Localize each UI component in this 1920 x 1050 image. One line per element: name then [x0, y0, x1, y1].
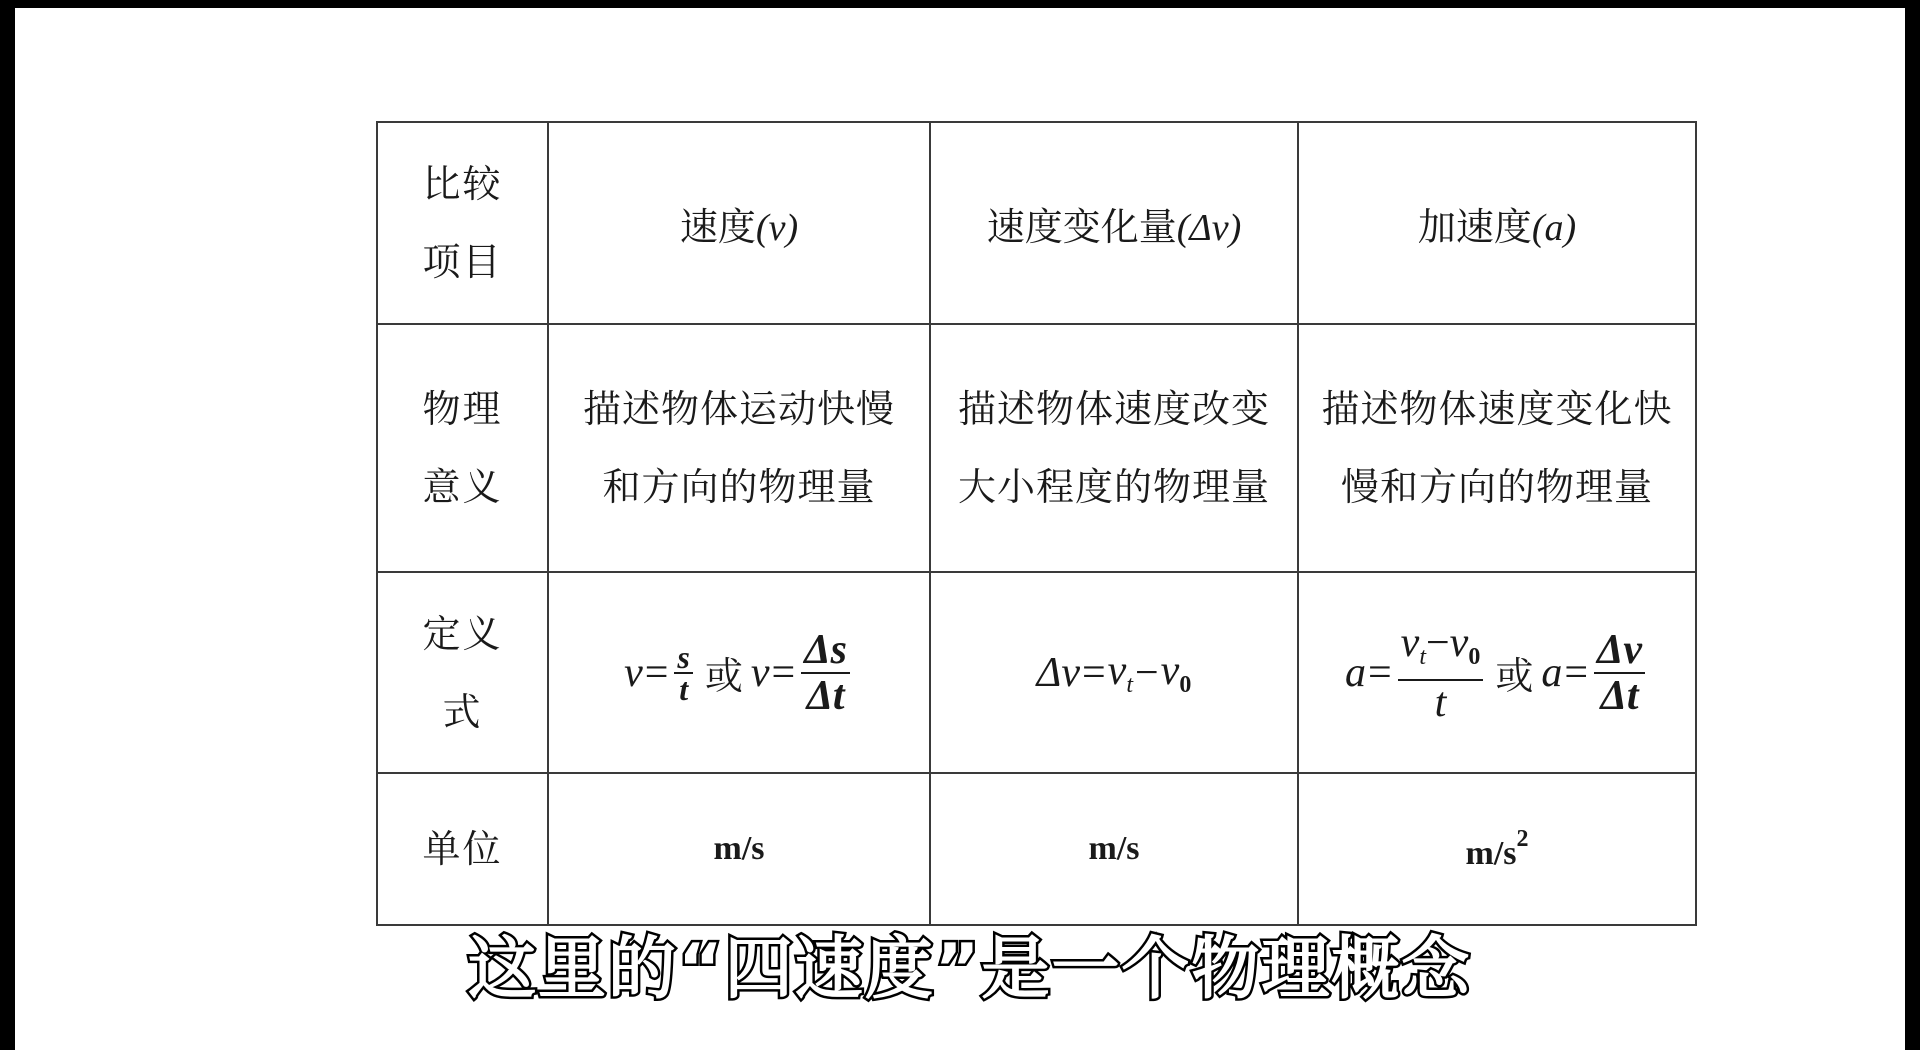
cell-line: 描述物体速度变化快: [1299, 370, 1695, 448]
paren-close: ): [785, 207, 798, 249]
subscript: 0: [1179, 672, 1191, 698]
minus-sign: −: [1135, 649, 1159, 697]
cell-unit-velocity-change: m/s: [930, 773, 1298, 925]
cell-formula-velocity-change: Δv = vt − v0: [930, 572, 1298, 773]
subscript: 0: [1468, 644, 1480, 670]
paren-open: (: [1532, 207, 1545, 249]
header-velocity-change: 速度变化量(Δv): [930, 122, 1298, 324]
formula-symbol: v: [624, 649, 643, 697]
unit-text: m/s: [714, 830, 765, 867]
row-label-line: 单位: [378, 810, 547, 888]
term-symbol: v: [1161, 648, 1180, 694]
header-acceleration: 加速度(a): [1298, 122, 1696, 324]
cell-line: 描述物体运动快慢: [549, 370, 929, 448]
paren-close: ): [1229, 207, 1242, 249]
numerator: s: [674, 642, 692, 674]
row-label-line: 物理: [378, 370, 547, 448]
denominator: Δt: [807, 674, 845, 718]
numerator: vt−v0: [1398, 621, 1484, 681]
cell-formula-velocity: v = s t 或 v = Δs Δt: [548, 572, 930, 773]
subscript: t: [1126, 672, 1133, 698]
cell-unit-velocity: m/s: [548, 773, 930, 925]
denominator: t: [679, 674, 688, 704]
numerator: Δv: [1594, 628, 1645, 674]
row-label-unit: 单位: [377, 773, 548, 925]
or-word: 或: [1495, 645, 1533, 700]
fraction: vt−v0 t: [1398, 621, 1484, 725]
fraction: Δv Δt: [1594, 628, 1645, 718]
table-row-physical-meaning: 物理 意义 描述物体运动快慢 和方向的物理量 描述物体速度改变 大小程度的物理量…: [377, 324, 1696, 572]
formula-symbol: a: [1345, 649, 1366, 697]
unit-text: m/s: [1466, 835, 1517, 872]
header-symbol: a: [1545, 207, 1564, 249]
cell-unit-acceleration: m/s2: [1298, 773, 1696, 925]
denominator: Δt: [1601, 674, 1639, 718]
numerator: Δs: [801, 628, 850, 674]
comparison-table: 比较 项目 速度(v) 速度变化量(Δv) 加速度(a) 物理 意义 描述物体运…: [376, 121, 1697, 926]
paren-open: (: [1177, 207, 1190, 249]
row-label-line: 项目: [378, 223, 547, 301]
cell-meaning-acceleration: 描述物体速度变化快 慢和方向的物理量: [1298, 324, 1696, 572]
denominator: t: [1435, 681, 1447, 725]
cell-line: 大小程度的物理量: [931, 448, 1297, 526]
row-label-line: 定义: [378, 595, 547, 673]
equals-sign: =: [645, 649, 669, 697]
cell-line: 描述物体速度改变: [931, 370, 1297, 448]
equals-sign: =: [1082, 649, 1106, 697]
term-symbol: v: [1108, 648, 1127, 694]
formula-velocity: v = s t 或 v = Δs Δt: [624, 628, 854, 718]
superscript: 2: [1517, 826, 1529, 852]
fraction: s t: [674, 642, 692, 704]
cell-meaning-velocity-change: 描述物体速度改变 大小程度的物理量: [930, 324, 1298, 572]
formula-symbol: a: [1541, 649, 1562, 697]
video-subtitle: 这里的“四速度”是一个物理概念: [468, 915, 1471, 1012]
header-symbol: Δv: [1189, 207, 1228, 249]
row-label-line: 意义: [378, 448, 547, 526]
fraction: Δs Δt: [801, 628, 850, 718]
cell-meaning-velocity: 描述物体运动快慢 和方向的物理量: [548, 324, 930, 572]
equals-sign: =: [1564, 649, 1588, 697]
formula-acceleration: a = vt−v0 t 或 a = Δv Δt: [1345, 621, 1649, 725]
subscript: t: [1419, 644, 1426, 670]
header-label: 加速度: [1418, 205, 1532, 249]
or-word: 或: [705, 645, 743, 700]
table-row-definition: 定义 式 v = s t 或 v = Δs Δt Δv: [377, 572, 1696, 773]
paren-open: (: [756, 207, 769, 249]
cell-line: 和方向的物理量: [549, 448, 929, 526]
formula-symbol: v: [751, 649, 770, 697]
row-label-physical-meaning: 物理 意义: [377, 324, 548, 572]
cell-line: 慢和方向的物理量: [1299, 448, 1695, 526]
table-header-row: 比较 项目 速度(v) 速度变化量(Δv) 加速度(a): [377, 122, 1696, 324]
term-symbol: v: [1450, 620, 1469, 666]
minus-sign: −: [1426, 620, 1450, 666]
header-symbol: v: [769, 207, 786, 249]
equals-sign: =: [772, 649, 796, 697]
row-label-line: 比较: [378, 145, 547, 223]
header-velocity: 速度(v): [548, 122, 930, 324]
row-label-line: 式: [378, 673, 547, 751]
term: v0: [1161, 647, 1192, 699]
formula-symbol: Δv: [1037, 649, 1080, 697]
equals-sign: =: [1368, 649, 1392, 697]
term-symbol: v: [1401, 620, 1420, 666]
header-label: 速度变化量: [987, 205, 1177, 249]
table-row-unit: 单位 m/s m/s m/s2: [377, 773, 1696, 925]
cell-formula-acceleration: a = vt−v0 t 或 a = Δv Δt: [1298, 572, 1696, 773]
formula-delta-v: Δv = vt − v0: [1037, 647, 1192, 699]
header-label: 速度: [680, 205, 756, 249]
row-label-definition: 定义 式: [377, 572, 548, 773]
unit-text: m/s: [1089, 830, 1140, 867]
term: vt: [1108, 647, 1133, 699]
row-label-compare-item: 比较 项目: [377, 122, 548, 324]
paren-close: ): [1564, 207, 1577, 249]
